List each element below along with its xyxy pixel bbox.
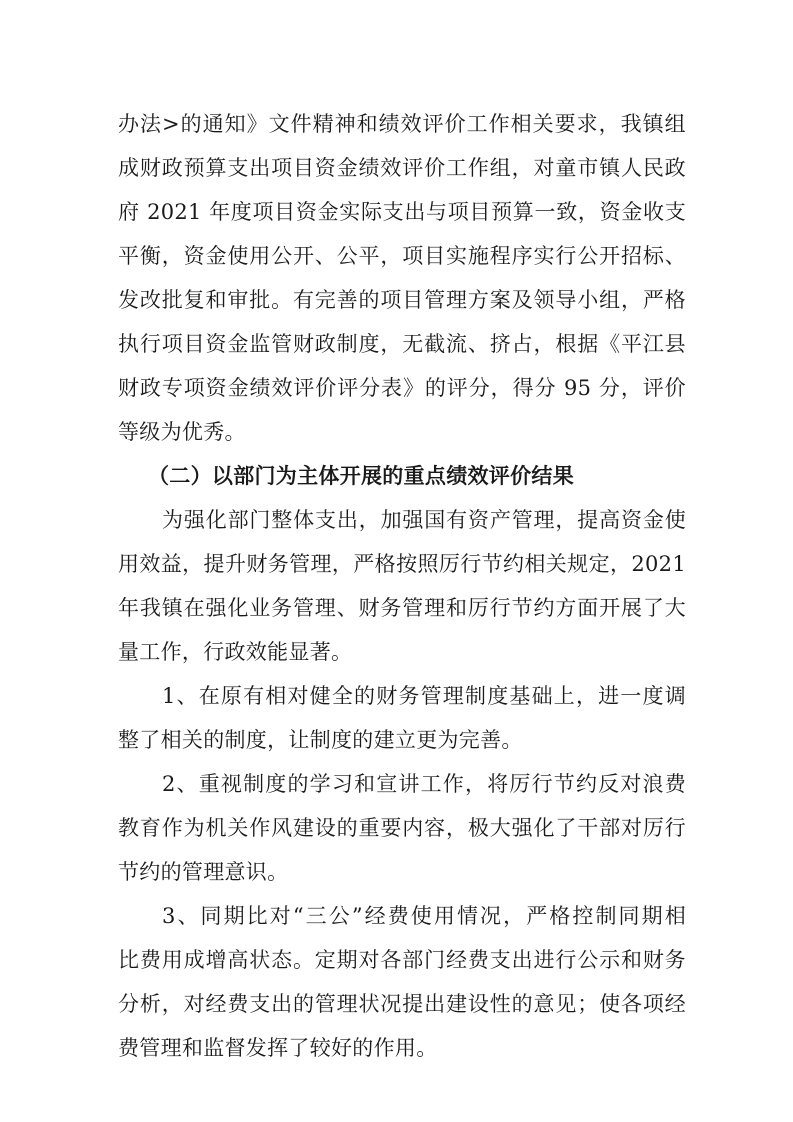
text-line: 分析，对经费支出的管理状况提出建设性的意见；使各项经 <box>118 982 686 1026</box>
text-line: 比费用成增高状态。定期对各部门经费支出进行公示和财务 <box>118 938 686 982</box>
list-item-3: 3、同期比对“三公”经费使用情况，严格控制同期相 比费用成增高状态。定期对各部门… <box>118 894 686 1070</box>
text-line: 3、同期比对“三公”经费使用情况，严格控制同期相 <box>118 894 686 938</box>
text-line: 用效益，提升财务管理，严格按照厉行节约相关规定，2021 <box>118 542 686 586</box>
text-line: 整了相关的制度，让制度的建立更为完善。 <box>118 718 686 762</box>
text-line: 府 2021 年度项目资金实际支出与项目预算一致，资金收支 <box>118 190 686 234</box>
text-line: 1、在原有相对健全的财务管理制度基础上，进一度调 <box>118 674 686 718</box>
text-line: 教育作为机关作风建设的重要内容，极大强化了干部对厉行 <box>118 806 686 850</box>
document-page: 办法>的通知》文件精神和绩效评价工作相关要求，我镇组 成财政预算支出项目资金绩效… <box>118 102 686 1070</box>
list-item-2: 2、重视制度的学习和宣讲工作，将厉行节约反对浪费 教育作为机关作风建设的重要内容… <box>118 762 686 894</box>
list-item-1: 1、在原有相对健全的财务管理制度基础上，进一度调 整了相关的制度，让制度的建立更… <box>118 674 686 762</box>
text-line: 年我镇在强化业务管理、财务管理和厉行节约方面开展了大 <box>118 586 686 630</box>
text-line: 发改批复和审批。有完善的项目管理方案及领导小组，严格 <box>118 278 686 322</box>
text-line: 执行项目资金监管财政制度，无截流、挤占，根据《平江县 <box>118 322 686 366</box>
text-line: 财政专项资金绩效评价评分表》的评分，得分 95 分，评价 <box>118 366 686 410</box>
text-line: 平衡，资金使用公开、公平，项目实施程序实行公开招标、 <box>118 234 686 278</box>
text-line: 节约的管理意识。 <box>118 850 686 894</box>
text-line: 费管理和监督发挥了较好的作用。 <box>118 1026 686 1070</box>
section-heading: （二）以部门为主体开展的重点绩效评价结果 <box>118 454 686 498</box>
text-line: 成财政预算支出项目资金绩效评价工作组，对童市镇人民政 <box>118 146 686 190</box>
text-line: 量工作，行政效能显著。 <box>118 630 686 674</box>
text-line: 等级为优秀。 <box>118 410 686 454</box>
paragraph-department-evaluation: 为强化部门整体支出，加强国有资产管理，提高资金使 用效益，提升财务管理，严格按照… <box>118 498 686 674</box>
text-line: 2、重视制度的学习和宣讲工作，将厉行节约反对浪费 <box>118 762 686 806</box>
paragraph-evaluation-summary: 办法>的通知》文件精神和绩效评价工作相关要求，我镇组 成财政预算支出项目资金绩效… <box>118 102 686 454</box>
text-line: 办法>的通知》文件精神和绩效评价工作相关要求，我镇组 <box>118 102 686 146</box>
text-line: 为强化部门整体支出，加强国有资产管理，提高资金使 <box>118 498 686 542</box>
